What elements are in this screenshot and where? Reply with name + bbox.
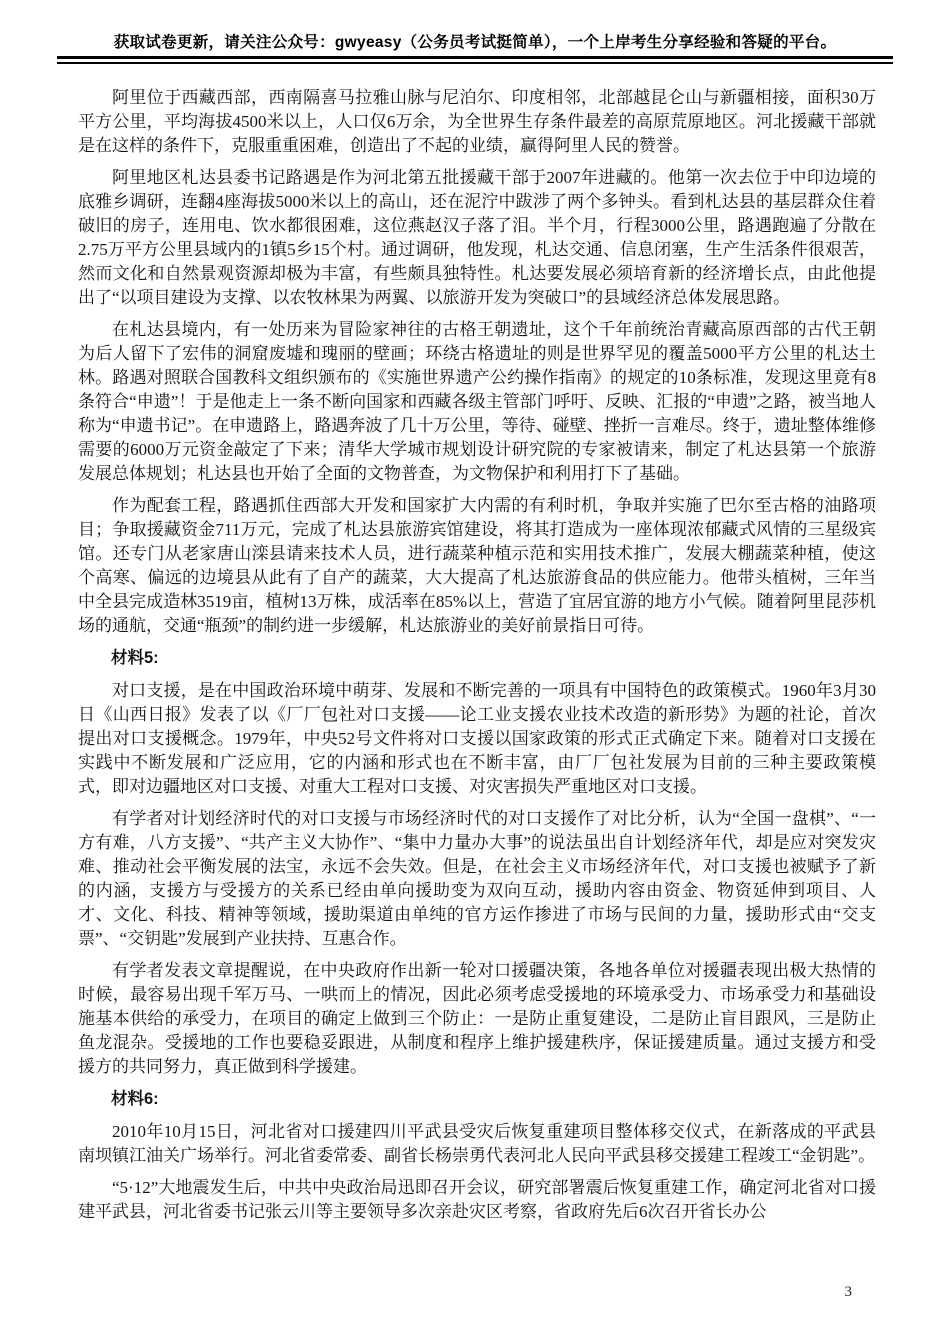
document-body: 阿里位于西藏西部，西南隔喜马拉雅山脉与尼泊尔、印度相邻，北部越昆仑山与新疆相接，…	[78, 86, 876, 1232]
header-notice: 获取试卷更新，请关注公众号：gwyeasy（公务员考试挺简单），一个上岸考生分享…	[0, 30, 950, 52]
body-paragraph: 作为配套工程，路遇抓住西部大开发和国家扩大内需的有利时机，争取并实施了巴尔至古格…	[78, 494, 876, 638]
material-heading: 材料5:	[78, 646, 876, 670]
body-paragraph: 阿里地区札达县委书记路遇是作为河北第五批援藏干部于2007年进藏的。他第一次去位…	[78, 166, 876, 310]
document-page: 获取试卷更新，请关注公众号：gwyeasy（公务员考试挺简单），一个上岸考生分享…	[0, 0, 950, 1344]
page-number: 3	[845, 1284, 853, 1301]
body-paragraph: 对口支援，是在中国政治环境中萌芽、发展和不断完善的一项具有中国特色的政策模式。1…	[78, 679, 876, 799]
body-paragraph: 有学者对计划经济时代的对口支援与市场经济时代的对口支援作了对比分析，认为“全国一…	[78, 807, 876, 951]
body-paragraph: 有学者发表文章提醒说，在中央政府作出新一轮对口援疆决策，各地各单位对援疆表现出极…	[78, 959, 876, 1079]
body-paragraph: 在札达县境内，有一处历来为冒险家神往的古格王朝遗址，这个千年前统治青藏高原西部的…	[78, 318, 876, 486]
body-paragraph: 阿里位于西藏西部，西南隔喜马拉雅山脉与尼泊尔、印度相邻，北部越昆仑山与新疆相接，…	[78, 86, 876, 158]
material-heading: 材料6:	[78, 1087, 876, 1111]
body-paragraph: “5·12”大地震发生后，中共中央政治局迅即召开会议，研究部署震后恢复重建工作，…	[78, 1176, 876, 1224]
body-paragraph: 2010年10月15日，河北省对口援建四川平武县受灾后恢复重建项目整体移交仪式，…	[78, 1120, 876, 1168]
header-divider	[57, 56, 893, 64]
